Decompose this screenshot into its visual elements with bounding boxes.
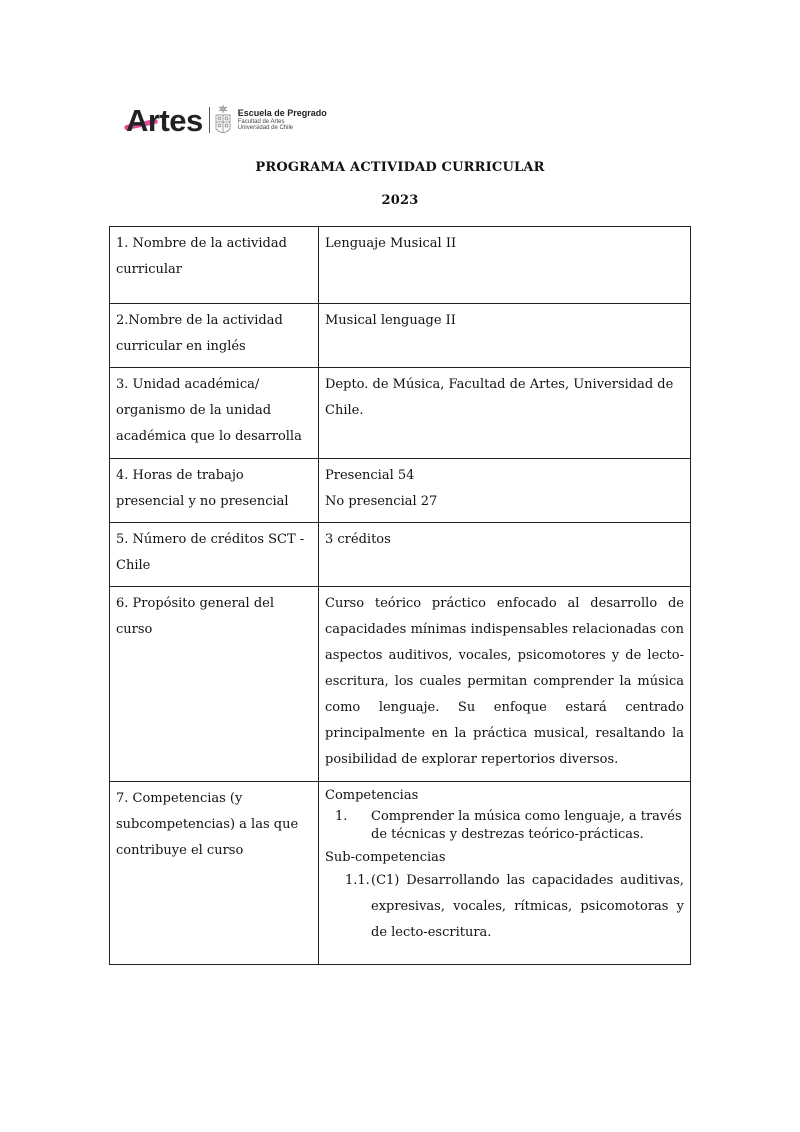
row-label: 3. Unidad académica/ organismo de la uni… — [110, 368, 319, 459]
table-row: 4. Horas de trabajo presencial y no pres… — [110, 459, 691, 523]
row-value: Curso teórico práctico enfocado al desar… — [319, 587, 691, 782]
logo-divider — [209, 107, 210, 133]
table-row: 5. Número de créditos SCT - Chile 3 créd… — [110, 523, 691, 587]
program-table: 1. Nombre de la actividad curricular Len… — [109, 226, 691, 965]
competencia-item: 1. Comprender la música como lenguaje, a… — [325, 808, 684, 844]
row-label: 2.Nombre de la actividad curricular en i… — [110, 304, 319, 368]
row-value: Competencias 1. Comprender la música com… — [319, 782, 691, 965]
table-row: 3. Unidad académica/ organismo de la uni… — [110, 368, 691, 459]
logo-university: Universidad de Chile — [238, 125, 327, 131]
row-label: 5. Número de créditos SCT - Chile — [110, 523, 319, 587]
row-value: Musical lenguage II — [319, 304, 691, 368]
row-label: 7. Competencias (y subcompetencias) a la… — [110, 782, 319, 965]
logo-wordmark-text: Artes — [126, 103, 203, 138]
row-label: 4. Horas de trabajo presencial y no pres… — [110, 459, 319, 523]
table-row: 2.Nombre de la actividad curricular en i… — [110, 304, 691, 368]
row-value: 3 créditos — [319, 523, 691, 587]
document-title: PROGRAMA ACTIVIDAD CURRICULAR — [0, 160, 800, 175]
subcompetencia-text: (C1) Desarrollando las capacidades audit… — [371, 868, 684, 946]
subcompetencia-number: 1.1. — [325, 868, 371, 946]
table-row: 1. Nombre de la actividad curricular Len… — [110, 227, 691, 304]
logo-wordmark: Artes — [126, 105, 203, 136]
artes-logo: Artes Escuela de Pregrado Facultad de Ar… — [126, 100, 327, 140]
row-label: 1. Nombre de la actividad curricular — [110, 227, 319, 304]
subcompetencia-item: 1.1. (C1) Desarrollando las capacidades … — [325, 868, 684, 946]
table-row: 6. Propósito general del curso Curso teó… — [110, 587, 691, 782]
row-value: Presencial 54 No presencial 27 — [319, 459, 691, 523]
hours-presencial: Presencial 54 — [325, 463, 684, 489]
university-crest-icon — [214, 103, 232, 137]
competencias-heading: Competencias — [325, 786, 684, 806]
logo-text: Escuela de Pregrado Facultad de Artes Un… — [238, 109, 327, 131]
competencia-number: 1. — [325, 808, 371, 844]
document-year: 2023 — [0, 193, 800, 208]
subcompetencias-heading: Sub-competencias — [325, 848, 684, 868]
row-value: Lenguaje Musical II — [319, 227, 691, 304]
row-value: Depto. de Música, Facultad de Artes, Uni… — [319, 368, 691, 459]
logo-school: Escuela de Pregrado — [238, 109, 327, 118]
table-row: 7. Competencias (y subcompetencias) a la… — [110, 782, 691, 965]
competencia-text: Comprender la música como lenguaje, a tr… — [371, 808, 684, 844]
row-label: 6. Propósito general del curso — [110, 587, 319, 782]
hours-no-presencial: No presencial 27 — [325, 489, 684, 515]
